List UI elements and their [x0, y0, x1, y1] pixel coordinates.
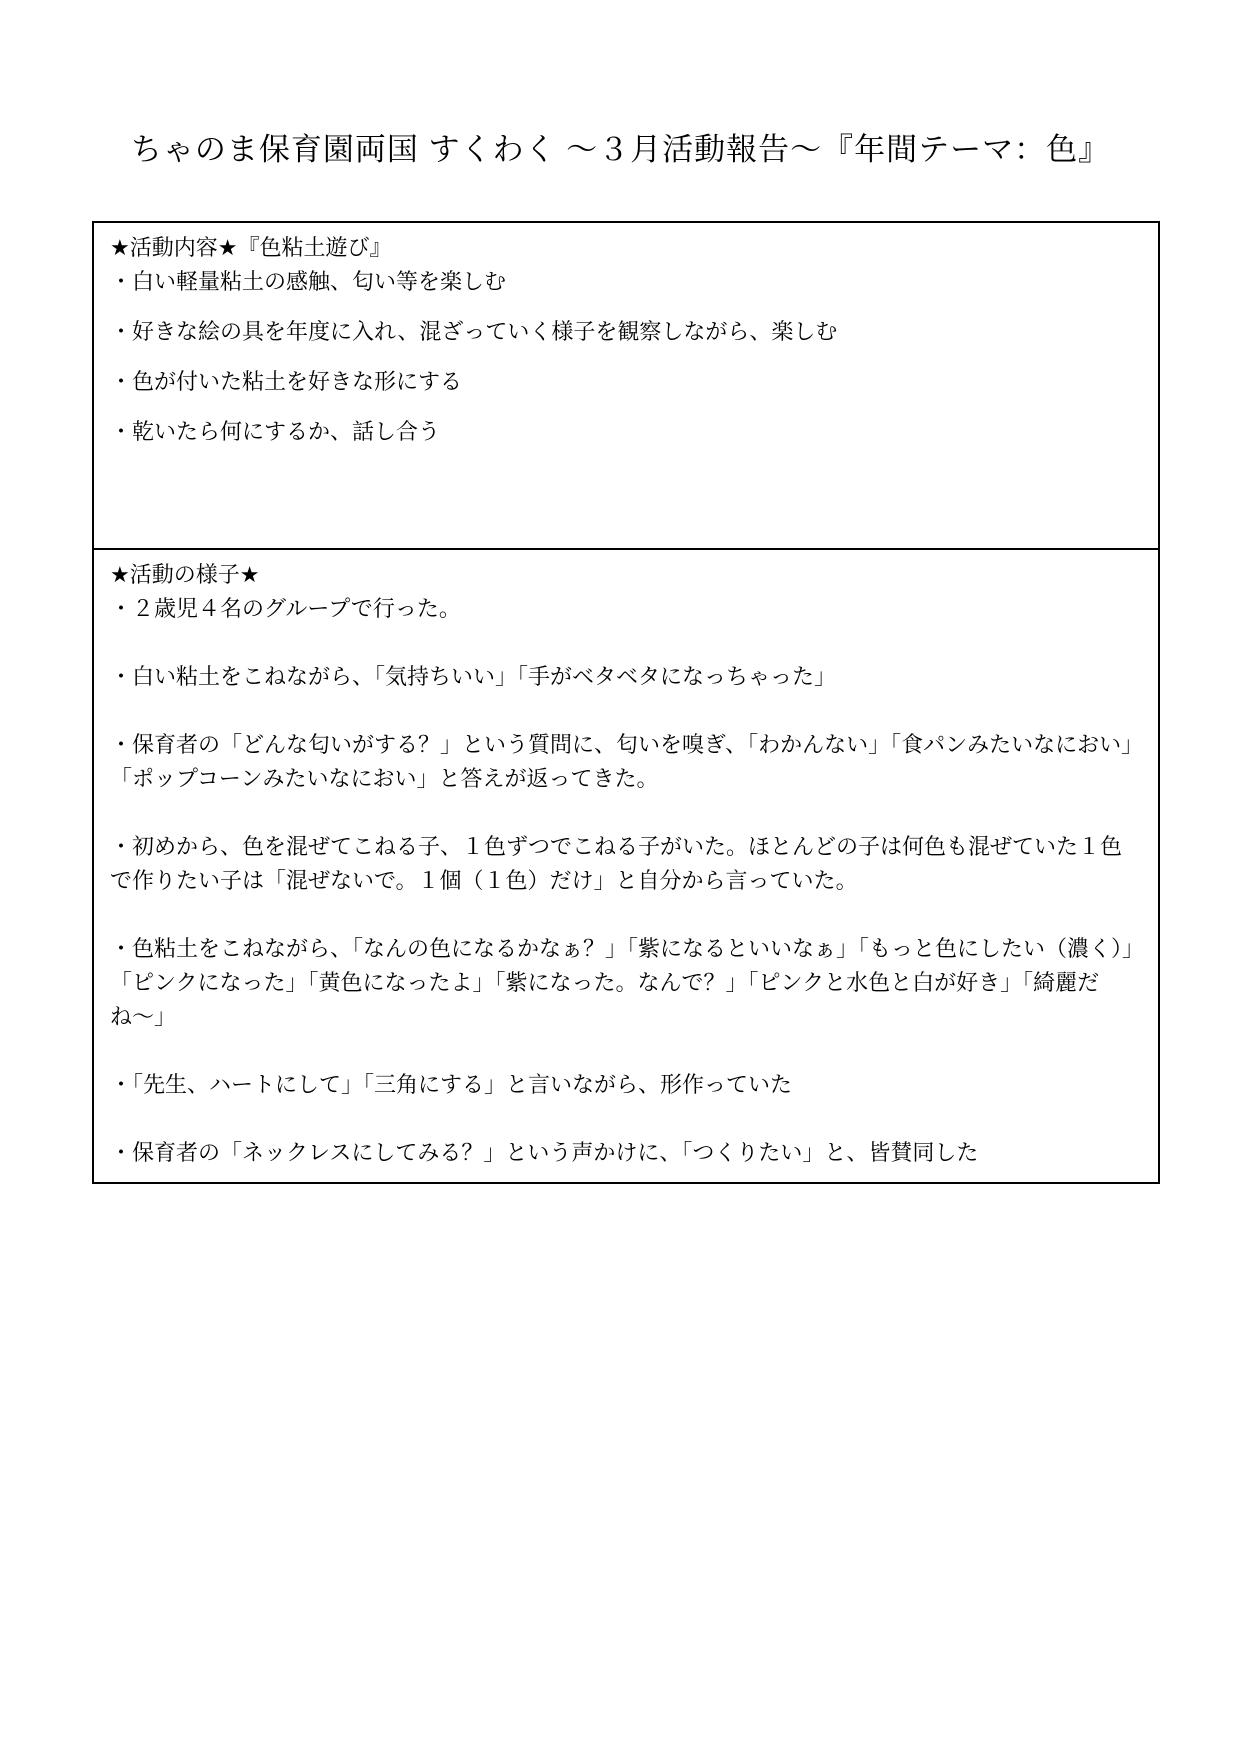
- bullet-item: ・乾いたら何にするか、話し合う: [110, 415, 1140, 449]
- bullet-item: ・保育者の「どんな匂いがする？」という質問に、匂いを嗅ぎ、「わかんない」「食パン…: [110, 728, 1140, 796]
- bullet-item: ・白い軽量粘土の感触、匂い等を楽しむ: [110, 265, 1140, 299]
- section-activity-report: ★活動の様子★ ・２歳児４名のグループで行った。 ・白い粘土をこねながら、「気持…: [92, 548, 1160, 1184]
- bullet-item: ・「先生、ハートにして」「三角にする」と言いながら、形作っていた: [110, 1068, 1140, 1102]
- section-activity-content: ★活動内容★『色粘土遊び』 ・白い軽量粘土の感触、匂い等を楽しむ ・好きな絵の具…: [92, 221, 1160, 550]
- bullet-item: ・色が付いた粘土を好きな形にする: [110, 365, 1140, 399]
- page-title: ちゃのま保育園両国 すくわく ～３月活動報告～『年間テーマ：色』: [0, 0, 1241, 170]
- bullet-item: ・２歳児４名のグループで行った。: [110, 592, 1140, 626]
- bullet-item: ・保育者の「ネックレスにしてみる？」という声かけに、「つくりたい」と、皆賛同した: [110, 1136, 1140, 1170]
- document-page: ちゃのま保育園両国 すくわく ～３月活動報告～『年間テーマ：色』 ★活動内容★『…: [0, 0, 1241, 1755]
- bullet-item: ・色粘土をこねながら、「なんの色になるかなぁ？」「紫になるといいなぁ」「もっと色…: [110, 932, 1140, 1034]
- bullet-item: ・初めから、色を混ぜてこねる子、１色ずつでこねる子がいた。ほとんどの子は何色も混…: [110, 830, 1140, 898]
- section-heading: ★活動の様子★: [110, 558, 1140, 592]
- bullet-item: ・白い粘土をこねながら、「気持ちいい」「手がベタベタになっちゃった」: [110, 660, 1140, 694]
- section-heading: ★活動内容★『色粘土遊び』: [110, 231, 1140, 265]
- bullet-item: ・好きな絵の具を年度に入れ、混ざっていく様子を観察しながら、楽しむ: [110, 315, 1140, 349]
